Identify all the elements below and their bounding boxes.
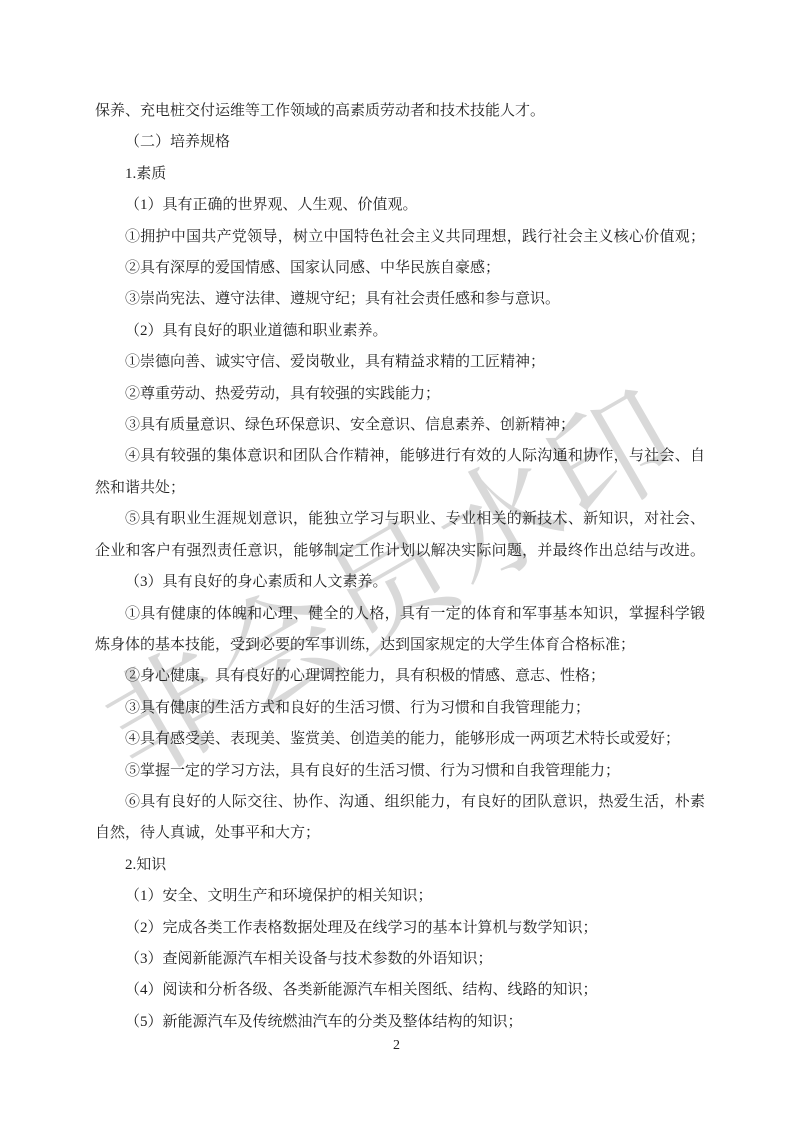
text-line: ①具有健康的体魄和心理、健全的人格，具有一定的体育和军事基本知识，掌握科学锻 xyxy=(95,599,705,630)
document-page: 非会员水印 保养、充电桩交付运维等工作领域的高素质劳动者和技术技能人才。 （二）… xyxy=(0,0,793,1122)
text-line: （3）具有良好的身心素质和人文素养。 xyxy=(95,567,705,598)
text-line: ⑤掌握一定的学习方法，具有良好的生活习惯、行为习惯和自我管理能力； xyxy=(95,756,705,787)
text-line: （1）具有正确的世界观、人生观、价值观。 xyxy=(95,190,705,221)
text-line: （5）新能源汽车及传统燃油汽车的分类及整体结构的知识； xyxy=(95,1007,705,1038)
document-body: 保养、充电桩交付运维等工作领域的高素质劳动者和技术技能人才。 （二）培养规格 1… xyxy=(95,96,705,1038)
text-line: ①崇德向善、诚实守信、爱岗敬业，具有精益求精的工匠精神； xyxy=(95,347,705,378)
text-line: （2）完成各类工作表格数据处理及在线学习的基本计算机与数学知识； xyxy=(95,913,705,944)
text-line: ④具有较强的集体意识和团队合作精神，能够进行有效的人际沟通和协作，与社会、自 xyxy=(95,441,705,472)
subsection-heading: 2.知识 xyxy=(95,850,705,881)
text-line: 然和谐共处； xyxy=(95,473,705,504)
text-line: ⑥具有良好的人际交往、协作、沟通、组织能力，有良好的团队意识，热爱生活，朴素 xyxy=(95,787,705,818)
text-line: ①拥护中国共产党领导，树立中国特色社会主义共同理想，践行社会主义核心价值观； xyxy=(95,222,705,253)
section-heading: （二）培养规格 xyxy=(95,127,705,158)
text-line: （2）具有良好的职业道德和职业素养。 xyxy=(95,316,705,347)
text-line: ②具有深厚的爱国情感、国家认同感、中华民族自豪感； xyxy=(95,253,705,284)
text-line: 自然，待人真诚，处事平和大方； xyxy=(95,818,705,849)
text-line: （1）安全、文明生产和环境保护的相关知识； xyxy=(95,881,705,912)
text-line: 炼身体的基本技能，受到必要的军事训练，达到国家规定的大学生体育合格标准； xyxy=(95,630,705,661)
text-line: 保养、充电桩交付运维等工作领域的高素质劳动者和技术技能人才。 xyxy=(95,96,705,127)
text-line: （4）阅读和分析各级、各类新能源汽车相关图纸、结构、线路的知识； xyxy=(95,975,705,1006)
text-line: ③具有质量意识、绿色环保意识、安全意识、信息素养、创新精神； xyxy=(95,410,705,441)
text-line: ②尊重劳动、热爱劳动，具有较强的实践能力； xyxy=(95,379,705,410)
text-line: ⑤具有职业生涯规划意识，能独立学习与职业、专业相关的新技术、新知识，对社会、 xyxy=(95,504,705,535)
text-line: ③具有健康的生活方式和良好的生活习惯、行为习惯和自我管理能力； xyxy=(95,693,705,724)
text-line: 企业和客户有强烈责任意识，能够制定工作计划以解决实际问题，并最终作出总结与改进。 xyxy=(95,536,705,567)
text-line: （3）查阅新能源汽车相关设备与技术参数的外语知识； xyxy=(95,944,705,975)
subsection-heading: 1.素质 xyxy=(95,159,705,190)
page-number: 2 xyxy=(0,1038,793,1054)
text-line: ②身心健康，具有良好的心理调控能力，具有积极的情感、意志、性格； xyxy=(95,661,705,692)
text-line: ③崇尚宪法、遵守法律、遵规守纪；具有社会责任感和参与意识。 xyxy=(95,284,705,315)
text-line: ④具有感受美、表现美、鉴赏美、创造美的能力，能够形成一两项艺术特长或爱好； xyxy=(95,724,705,755)
